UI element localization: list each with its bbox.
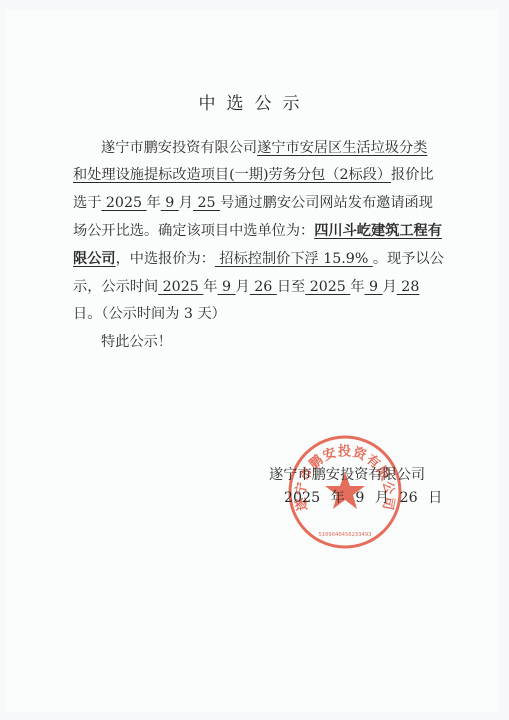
paragraph-line-1: 遂宁市鹏安投资有限公司遂宁市安居区生活垃圾分类 — [101, 137, 427, 157]
text: 年 — [350, 279, 364, 295]
start-month: 9 — [217, 279, 235, 295]
text: 场公开比选。确定该项目中选单位为： — [73, 223, 314, 239]
end-month: 9 — [365, 279, 383, 295]
paragraph-line-3: 选于 2025 年 9 月 25 号通过鹏安公司网站发布邀请函现 — [73, 192, 433, 212]
text: 号通过鹏安公司网站发布邀请函现 — [220, 195, 433, 211]
text: 报价比 — [391, 167, 434, 183]
signature-company: 遂宁市鹏安投资有限公司 — [269, 464, 425, 484]
text: 月 — [383, 279, 397, 295]
bid-month: 9 — [161, 195, 179, 211]
paragraph-line-5: 限公司，中选报价为： 招标控制价下浮 15.9% 。现予以公 — [73, 248, 444, 268]
start-day: 26 — [250, 279, 277, 295]
start-year: 2025 — [158, 279, 203, 295]
text: 选于 — [73, 195, 101, 211]
paragraph-line-7: 日。（公示时间为 3 天） — [73, 303, 226, 323]
paragraph-line-6: 示，公示时间 2025 年 9 月 26 日至 2025 年 9 月 28 — [73, 276, 419, 296]
document-page — [6, 10, 498, 712]
paragraph-line-4: 场公开比选。确定该项目中选单位为：四川斗屹建筑工程有 — [73, 220, 442, 240]
end-day: 28 — [397, 279, 420, 295]
text: 月 — [179, 195, 193, 211]
svg-text:5109040456233493: 5109040456233493 — [319, 532, 372, 538]
winning-price: 招标控制价下浮 15.9% — [215, 251, 373, 267]
winner-name-part2: 限公司 — [73, 251, 116, 267]
document-title: 中选公示 — [0, 89, 509, 114]
text: 年 — [147, 195, 161, 211]
closing-text: 特此公示！ — [101, 331, 172, 351]
text: 年 — [203, 279, 217, 295]
project-name-part1: 遂宁市安居区生活垃圾分类 — [257, 140, 427, 156]
text: 日。（公示时间为 3 天） — [73, 306, 226, 322]
winner-name-part1: 四川斗屹建筑工程有 — [314, 223, 442, 239]
text: 。现予以公 — [373, 251, 444, 267]
paragraph-line-2: 和处理设施提标改造项目(一期)劳务分包（2标段）报价比 — [73, 164, 434, 184]
text: 月 — [236, 279, 250, 295]
project-name-part2: 和处理设施提标改造项目(一期)劳务分包（2标段） — [73, 167, 391, 183]
bid-year: 2025 — [101, 195, 146, 211]
text: ，中选报价为： — [116, 251, 215, 267]
signature-date: 2025 年 9 月 26 日 — [284, 487, 442, 507]
issuer-name: 遂宁市鹏安投资有限公司 — [101, 140, 257, 156]
bid-day: 25 — [193, 195, 220, 211]
text: 日至 — [277, 279, 305, 295]
end-year: 2025 — [305, 279, 350, 295]
text: 示，公示时间 — [73, 279, 158, 295]
